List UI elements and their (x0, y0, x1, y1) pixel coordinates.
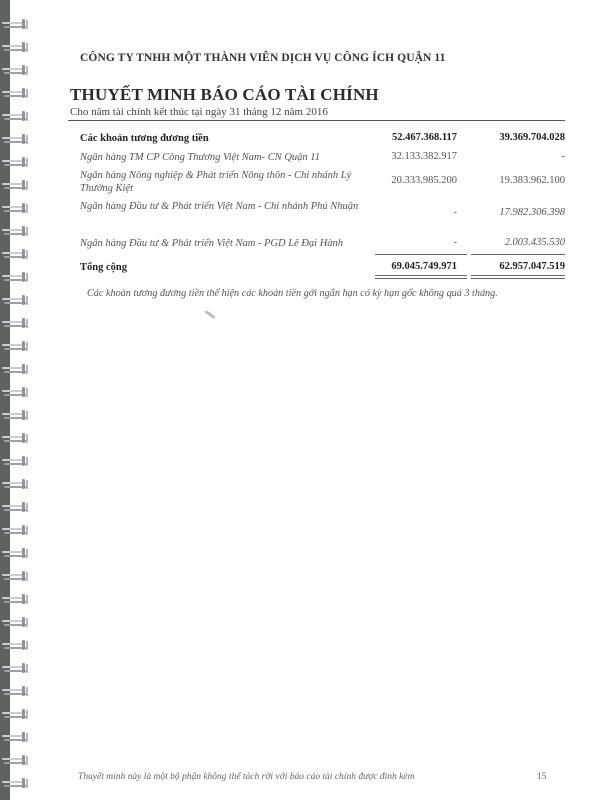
row-value-prior: 17.982.306.398 (445, 207, 565, 218)
binding-ring (2, 275, 28, 283)
row-value-prior: 2.003.435.530 (445, 237, 565, 248)
row-value-current: 32.133.382.917 (337, 151, 457, 162)
binding-ring (2, 620, 28, 628)
page-number: 15 (537, 772, 547, 782)
binding-ring (2, 597, 28, 605)
binding-ring (2, 689, 28, 697)
subtotal-line-prior (471, 254, 565, 255)
spiral-binding (0, 0, 32, 800)
binding-ring (2, 666, 28, 674)
total-value-current: 69.045.749.971 (337, 261, 457, 272)
binding-ring (2, 344, 28, 352)
binding-ring (2, 22, 28, 30)
subtotal-line-current (375, 254, 467, 255)
total-label: Tổng cộng (80, 261, 355, 274)
binding-ring (2, 68, 28, 76)
binding-ring (2, 252, 28, 260)
page-subtitle: Cho năm tài chính kết thúc tại ngày 31 t… (70, 106, 328, 118)
binding-ring (2, 528, 28, 536)
binding-ring (2, 229, 28, 237)
row-value-prior: 19.383.962.100 (445, 175, 565, 186)
page-title: THUYẾT MINH BÁO CÁO TÀI CHÍNH (70, 85, 379, 105)
row-label: Ngân hàng Nông nghiệp & Phát triển Nông … (80, 169, 365, 195)
binding-ring (2, 436, 28, 444)
section-label: Các khoản tương đương tiền (80, 132, 355, 145)
row-label: Ngân hàng Đầu tư & Phát triển Việt Nam -… (80, 237, 380, 250)
row-value-current: - (337, 237, 457, 248)
binding-ring (2, 758, 28, 766)
header-divider (68, 120, 565, 121)
footnote: Các khoản tương đương tiền thể hiện các … (87, 288, 498, 299)
binding-ring (2, 712, 28, 720)
binding-ring (2, 735, 28, 743)
binding-ring (2, 45, 28, 53)
section-value-current: 52.467.368.117 (337, 132, 457, 143)
row-label: Ngân hàng Đầu tư & Phát triển Việt Nam -… (80, 200, 365, 213)
section-value-prior: 39.369.704.028 (445, 132, 565, 143)
binding-ring (2, 482, 28, 490)
page-footer: Thuyết minh này là một bộ phận không thể… (78, 772, 414, 782)
row-value-current: 20.333.985.200 (337, 175, 457, 186)
binding-ring (2, 160, 28, 168)
company-name: CÔNG TY TNHH MỘT THÀNH VIÊN DỊCH VỤ CÔNG… (80, 52, 445, 64)
binding-ring (2, 505, 28, 513)
binding-ring (2, 413, 28, 421)
binding-ring (2, 298, 28, 306)
binding-ring (2, 367, 28, 375)
binding-ring (2, 114, 28, 122)
row-value-prior: - (445, 151, 565, 162)
row-value-current: - (337, 207, 457, 218)
binding-ring (2, 574, 28, 582)
binding-ring (2, 459, 28, 467)
scan-mark (204, 310, 216, 319)
total-double-line-current (375, 275, 467, 279)
binding-ring (2, 781, 28, 789)
row-label: Ngân hàng TM CP Công Thương Việt Nam- CN… (80, 151, 355, 164)
binding-ring (2, 183, 28, 191)
binding-ring (2, 321, 28, 329)
total-value-prior: 62.957.047.519 (445, 261, 565, 272)
binding-ring (2, 206, 28, 214)
total-double-line-prior (471, 275, 565, 279)
binding-ring (2, 390, 28, 398)
binding-ring (2, 643, 28, 651)
binding-ring (2, 91, 28, 99)
binding-ring (2, 551, 28, 559)
binding-ring (2, 137, 28, 145)
